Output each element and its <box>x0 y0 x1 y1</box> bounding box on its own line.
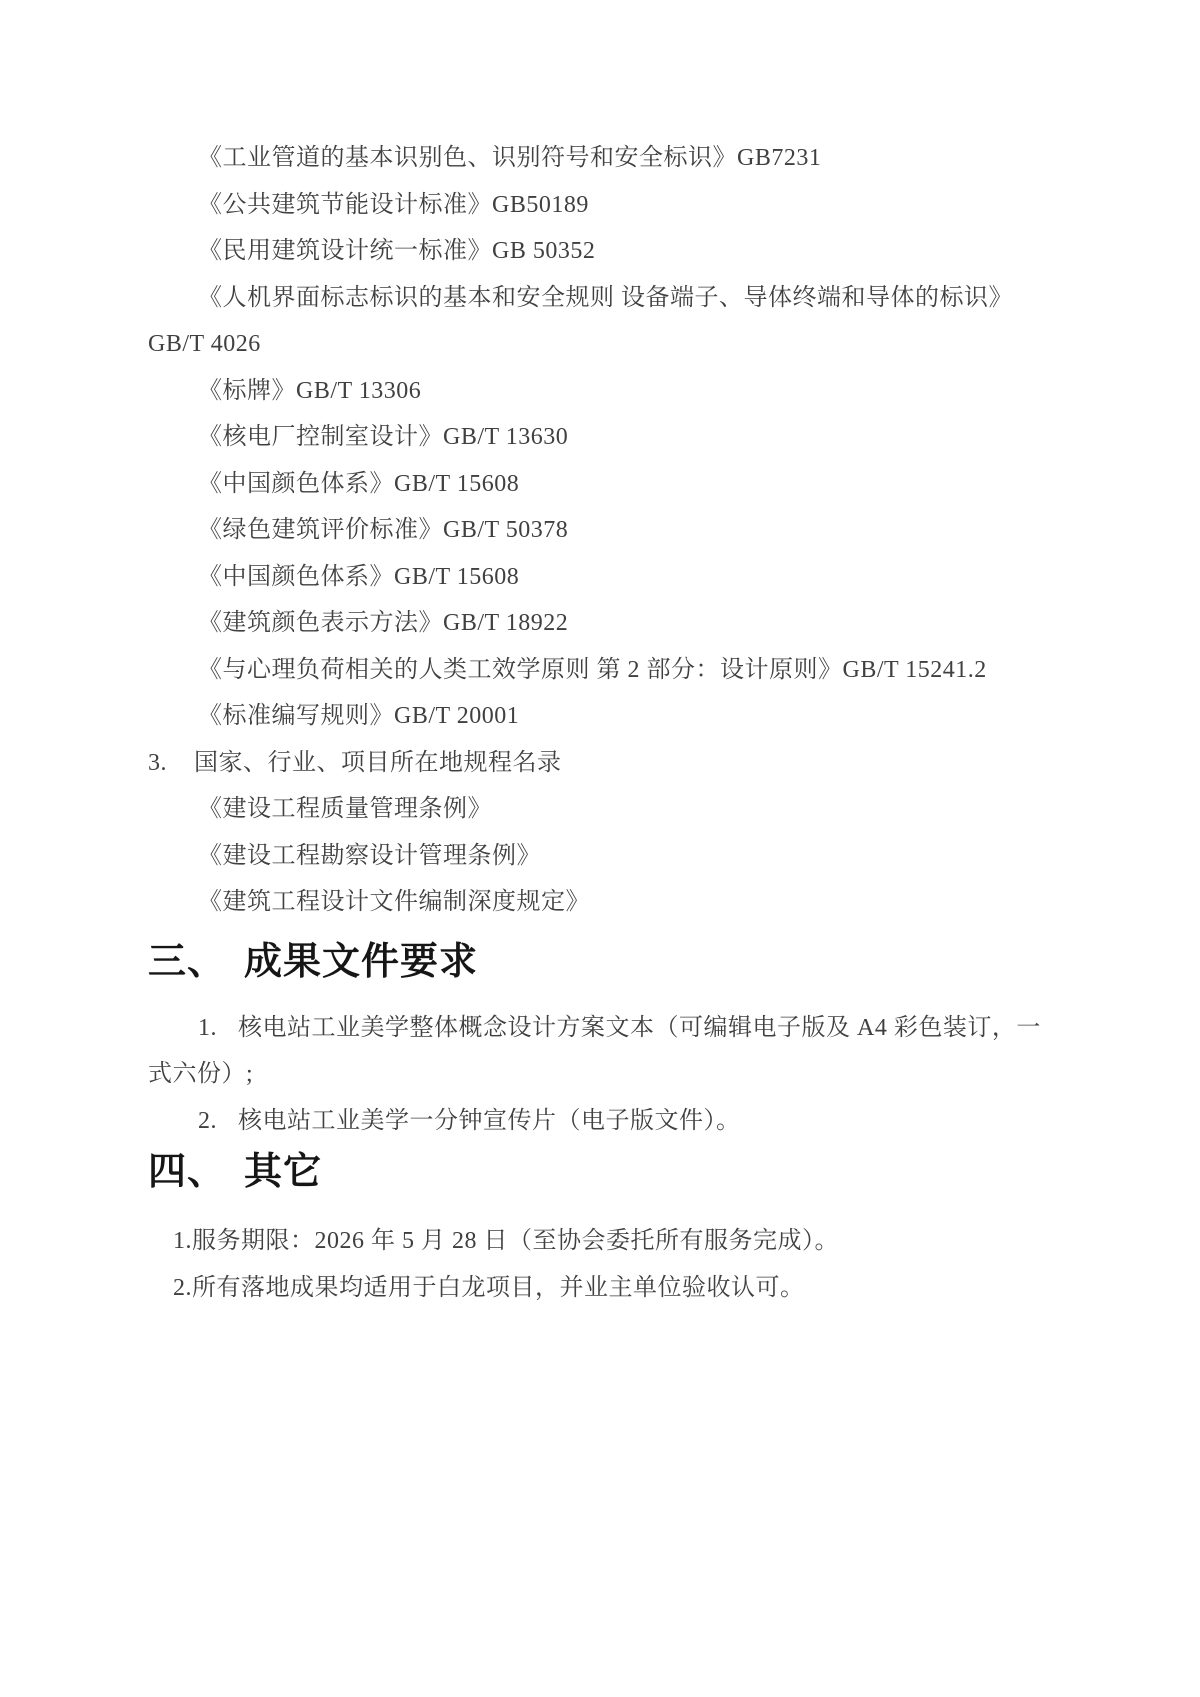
item-text: 核电站工业美学一分钟宣传片（电子版文件）。 <box>238 1108 741 1134</box>
section-number: 四、 <box>148 1151 226 1193</box>
standard-item: 《标准编写规则》GB/T 20001 <box>148 693 1060 740</box>
regulation-item: 《建设工程勘察设计管理条例》 <box>148 833 1060 880</box>
other-item-2: 2.所有落地成果均适用于白龙项目，并业主单位验收认可。 <box>148 1265 1060 1312</box>
section-heading-results: 三、成果文件要求 <box>148 938 1060 986</box>
section-number: 三、 <box>148 941 226 983</box>
regulation-item: 《建设工程质量管理条例》 <box>148 786 1060 833</box>
document-page: 《工业管道的基本识别色、识别符号和安全标识》GB7231 《公共建筑节能设计标准… <box>0 0 1200 1697</box>
results-item-2: 2.核电站工业美学一分钟宣传片（电子版文件）。 <box>148 1098 1060 1145</box>
standard-item: 《人机界面标志标识的基本和安全规则 设备端子、导体终端和导体的标识》 <box>148 275 1060 322</box>
other-item-1: 1.服务期限：2026 年 5 月 28 日（至协会委托所有服务完成）。 <box>148 1218 1060 1265</box>
section-title: 其它 <box>244 1151 322 1193</box>
item-number: 3. <box>148 740 194 787</box>
standard-item: 《民用建筑设计统一标准》GB 50352 <box>148 228 1060 275</box>
item-text: 核电站工业美学整体概念设计方案文本（可编辑电子版及 A4 彩色装订，一 <box>238 1015 1041 1041</box>
regulation-item: 《建筑工程设计文件编制深度规定》 <box>148 879 1060 926</box>
section-heading-other: 四、其它 <box>148 1148 1060 1196</box>
results-item-1-continuation: 式六份）; <box>148 1051 1060 1098</box>
standard-item: 《建筑颜色表示方法》GB/T 18922 <box>148 600 1060 647</box>
standard-item: 《中国颜色体系》GB/T 15608 <box>148 554 1060 601</box>
item-label: 国家、行业、项目所在地规程名录 <box>194 750 562 776</box>
results-item-1: 1.核电站工业美学整体概念设计方案文本（可编辑电子版及 A4 彩色装订，一 <box>148 1005 1060 1052</box>
standard-item: 《公共建筑节能设计标准》GB50189 <box>148 182 1060 229</box>
standard-item: 《标牌》GB/T 13306 <box>148 368 1060 415</box>
standard-item-continuation: GB/T 4026 <box>148 321 1060 368</box>
standard-item: 《与心理负荷相关的人类工效学原则 第 2 部分：设计原则》GB/T 15241.… <box>148 647 1060 694</box>
standard-item: 《绿色建筑评价标准》GB/T 50378 <box>148 507 1060 554</box>
standard-item: 《核电厂控制室设计》GB/T 13630 <box>148 414 1060 461</box>
standard-item: 《中国颜色体系》GB/T 15608 <box>148 461 1060 508</box>
numbered-list-item-3: 3.国家、行业、项目所在地规程名录 <box>148 740 1060 787</box>
standard-item: 《工业管道的基本识别色、识别符号和安全标识》GB7231 <box>148 135 1060 182</box>
item-number: 1. <box>198 1005 238 1052</box>
section-title: 成果文件要求 <box>244 941 478 983</box>
item-number: 2. <box>198 1098 238 1145</box>
